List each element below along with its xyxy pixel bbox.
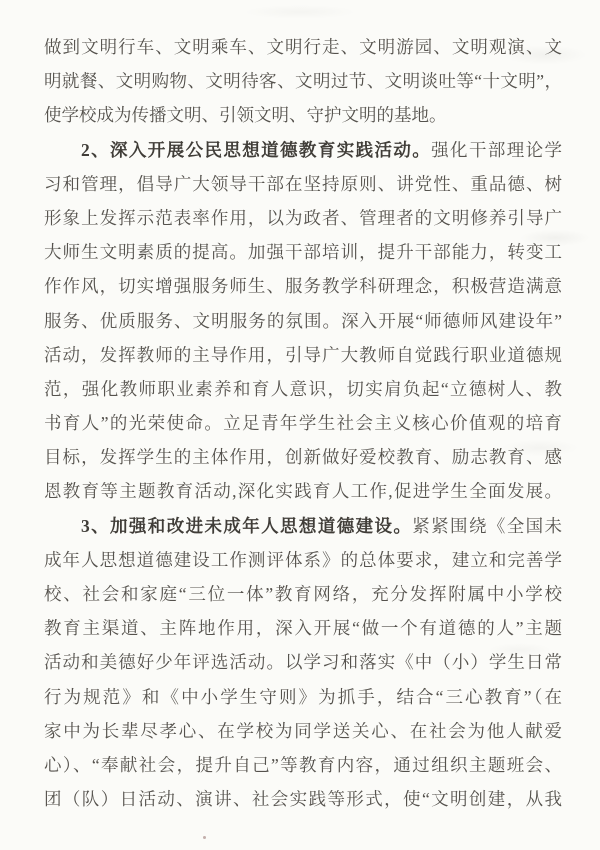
paragraph: 做到文明行车、文明乘车、文明行走、文明游园、文明观演、文明就餐、文明购物、文明待…: [44, 30, 562, 133]
text-run: 做到文明行车、文明乘车、文明行走、文明游园、文明观演、文: [44, 37, 562, 57]
text-line: 明就餐、文明购物、文明待客、文明过节、文明谈吐等“十文明”，: [44, 64, 562, 98]
scan-speck: [203, 836, 206, 839]
text-line: 3、加强和改进未成年人思想道德建设。紧紧围绕《全国未: [44, 509, 562, 543]
text-run: 范，强化教师职业素养和育人意识，切实肩负起“立德树人、教: [44, 379, 562, 399]
text-line: 做到文明行车、文明乘车、文明行走、文明游园、文明观演、文: [44, 30, 562, 64]
text-line: 形象上发挥示范表率作用，以为政者、管理者的文明修养引导广: [44, 201, 562, 235]
text-run: 作作风，切实增强服务师生、服务教学科研理念，积极营造满意: [44, 276, 562, 296]
text-run: 使学校成为传播文明、引领文明、守护文明的基地。: [44, 105, 447, 125]
text-line: 习和管理，倡导广大领导干部在坚持原则、讲党性、重品德、树: [44, 167, 562, 201]
text-line: 心）、“奉献社会，提升自己”等教育内容，通过组织主题班会、: [44, 748, 562, 782]
text-line: 校、社会和家庭“三位一体”教育网络，充分发挥附属中小学校: [44, 577, 562, 611]
text-run: 心）、“奉献社会，提升自己”等教育内容，通过组织主题班会、: [44, 755, 562, 775]
text-run: 服务、优质服务、文明服务的氛围。深入开展“师德师风建设年”: [44, 311, 562, 331]
section-heading: 3、加强和改进未成年人思想道德建设。: [81, 516, 412, 536]
text-run: 行为规范》和《中小学生守则》为抓手，结合“三心教育”（在: [44, 687, 562, 707]
text-line: 家中为长辈尽孝心、在学校为同学送关心、在社会为他人献爱: [44, 714, 562, 748]
text-line: 团（队）日活动、演讲、社会实践等形式，使“文明创建，从我: [44, 782, 562, 816]
text-run: 大师生文明素质的提高。加强干部培训，提升干部能力，转变工: [44, 242, 562, 262]
text-line: 恩教育等主题教育活动,深化实践育人工作,促进学生全面发展。: [44, 474, 562, 508]
text-line: 活动和美德好少年评选活动。以学习和落实《中（小）学生日常: [44, 645, 562, 679]
text-run: 家中为长辈尽孝心、在学校为同学送关心、在社会为他人献爱: [44, 721, 562, 741]
text-run: 成年人思想道德建设工作测评体系》的总体要求，建立和完善学: [44, 550, 562, 570]
text-line: 活动，发挥教师的主导作用，引导广大教师自觉践行职业道德规: [44, 338, 562, 372]
document-text: 做到文明行车、文明乘车、文明行走、文明游园、文明观演、文明就餐、文明购物、文明待…: [44, 30, 562, 816]
text-line: 使学校成为传播文明、引领文明、守护文明的基地。: [44, 98, 562, 132]
text-run: 习和管理，倡导广大领导干部在坚持原则、讲党性、重品德、树: [44, 174, 562, 194]
text-run: 校、社会和家庭“三位一体”教育网络，充分发挥附属中小学校: [44, 584, 562, 604]
text-run: 强化干部理论学: [431, 140, 562, 160]
text-line: 成年人思想道德建设工作测评体系》的总体要求，建立和完善学: [44, 543, 562, 577]
text-line: 行为规范》和《中小学生守则》为抓手，结合“三心教育”（在: [44, 680, 562, 714]
text-run: 形象上发挥示范表率作用，以为政者、管理者的文明修养引导广: [44, 208, 562, 228]
text-run: 教育主渠道、主阵地作用，深入开展“做一个有道德的人”主题: [44, 618, 562, 638]
document-page: 做到文明行车、文明乘车、文明行走、文明游园、文明观演、文明就餐、文明购物、文明待…: [0, 0, 600, 850]
paragraph: 3、加强和改进未成年人思想道德建设。紧紧围绕《全国未成年人思想道德建设工作测评体…: [44, 509, 562, 817]
text-line: 目标，发挥学生的主体作用，创新做好爱校教育、励志教育、感: [44, 440, 562, 474]
text-line: 教育主渠道、主阵地作用，深入开展“做一个有道德的人”主题: [44, 611, 562, 645]
text-run: 团（队）日活动、演讲、社会实践等形式，使“文明创建，从我: [44, 789, 562, 809]
text-line: 作作风，切实增强服务师生、服务教学科研理念，积极营造满意: [44, 269, 562, 303]
text-run: 书育人”的光荣使命。立足青年学生社会主义核心价值观的培育: [44, 413, 562, 433]
text-line: 范，强化教师职业素养和育人意识，切实肩负起“立德树人、教: [44, 372, 562, 406]
text-run: 明就餐、文明购物、文明待客、文明过节、文明谈吐等“十文明”，: [44, 71, 562, 91]
text-line: 大师生文明素质的提高。加强干部培训，提升干部能力，转变工: [44, 235, 562, 269]
text-run: 活动，发挥教师的主导作用，引导广大教师自觉践行职业道德规: [44, 345, 562, 365]
paragraph: 2、深入开展公民思想道德教育实践活动。强化干部理论学习和管理，倡导广大领导干部在…: [44, 133, 562, 509]
text-run: 紧紧围绕《全国未: [412, 516, 562, 536]
section-heading: 2、深入开展公民思想道德教育实践活动。: [81, 140, 431, 160]
text-line: 服务、优质服务、文明服务的氛围。深入开展“师德师风建设年”: [44, 304, 562, 338]
text-run: 目标，发挥学生的主体作用，创新做好爱校教育、励志教育、感: [44, 447, 562, 467]
text-run: 恩教育等主题教育活动,深化实践育人工作,促进学生全面发展。: [44, 481, 562, 501]
text-line: 书育人”的光荣使命。立足青年学生社会主义核心价值观的培育: [44, 406, 562, 440]
text-run: 活动和美德好少年评选活动。以学习和落实《中（小）学生日常: [44, 652, 562, 672]
text-line: 2、深入开展公民思想道德教育实践活动。强化干部理论学: [44, 133, 562, 167]
